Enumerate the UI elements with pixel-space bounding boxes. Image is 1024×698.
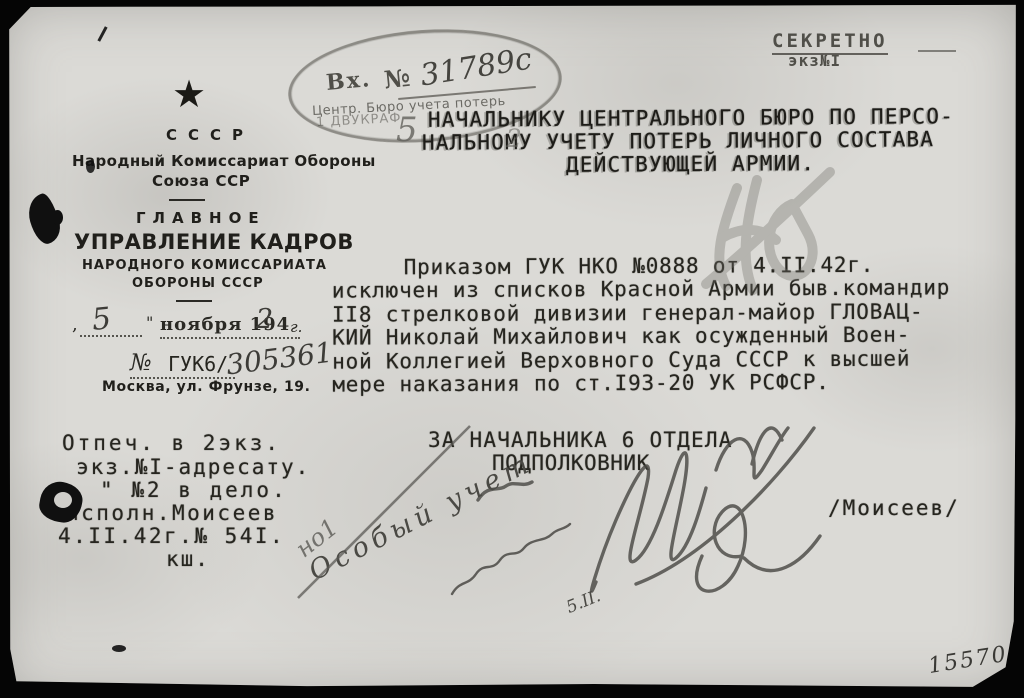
paper-speck bbox=[86, 160, 95, 173]
pencil-strokes-layer bbox=[0, 0, 1024, 698]
diagonal-pencil-line bbox=[298, 426, 470, 598]
paper-hole bbox=[52, 210, 63, 225]
paper-hole-center bbox=[54, 492, 72, 508]
illegible-word-squiggle bbox=[452, 524, 570, 594]
paper-sheet: ★ СССР Народный Комиссариат Обороны Союз… bbox=[0, 0, 1024, 698]
scanned-document-page: ★ СССР Народный Комиссариат Обороны Союз… bbox=[0, 0, 1024, 698]
official-signature bbox=[478, 428, 820, 591]
pencil-check-mark bbox=[706, 172, 830, 290]
paper-speck bbox=[112, 645, 126, 652]
